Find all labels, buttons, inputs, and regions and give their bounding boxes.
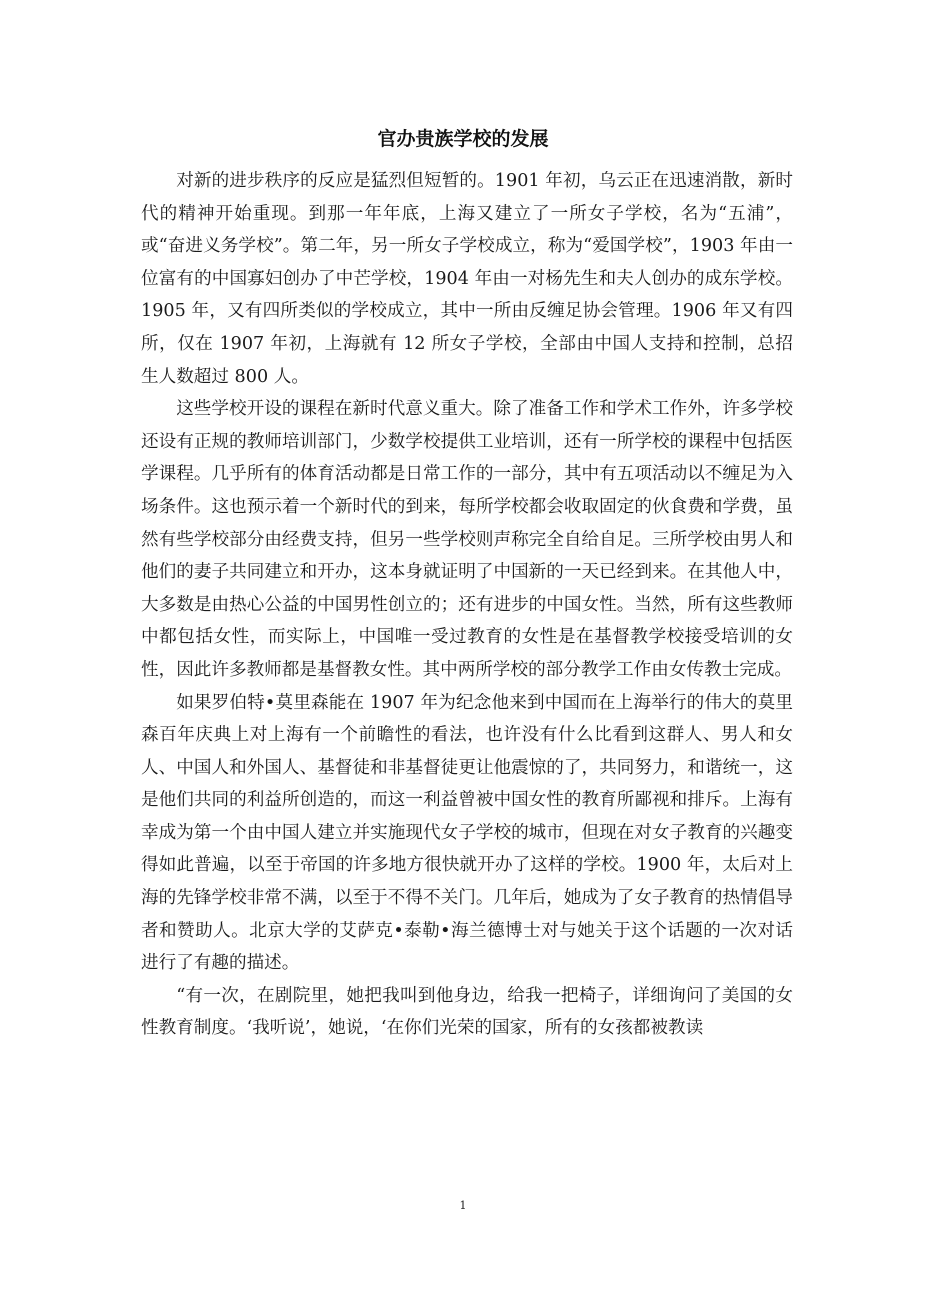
paragraph-2: 这些学校开设的课程在新时代意义重大。除了准备工作和学术工作外，许多学校还设有正规… (141, 393, 793, 686)
page-number: 1 (0, 1199, 926, 1212)
paragraph-4: “有一次，在剧院里，她把我叫到他身边，给我一把椅子，详细询问了美国的女性教育制度… (141, 980, 793, 1045)
document-body: 对新的进步秩序的反应是猛烈但短暂的。1901 年初，乌云正在迅速消散，新时代的精… (141, 165, 793, 1045)
document-title: 官办贵族学校的发展 (0, 124, 926, 151)
paragraph-1: 对新的进步秩序的反应是猛烈但短暂的。1901 年初，乌云正在迅速消散，新时代的精… (141, 165, 793, 393)
document-page: 官办贵族学校的发展 对新的进步秩序的反应是猛烈但短暂的。1901 年初，乌云正在… (0, 0, 926, 1309)
paragraph-3: 如果罗伯特•莫里森能在 1907 年为纪念他来到中国而在上海举行的伟大的莫里森百… (141, 687, 793, 980)
